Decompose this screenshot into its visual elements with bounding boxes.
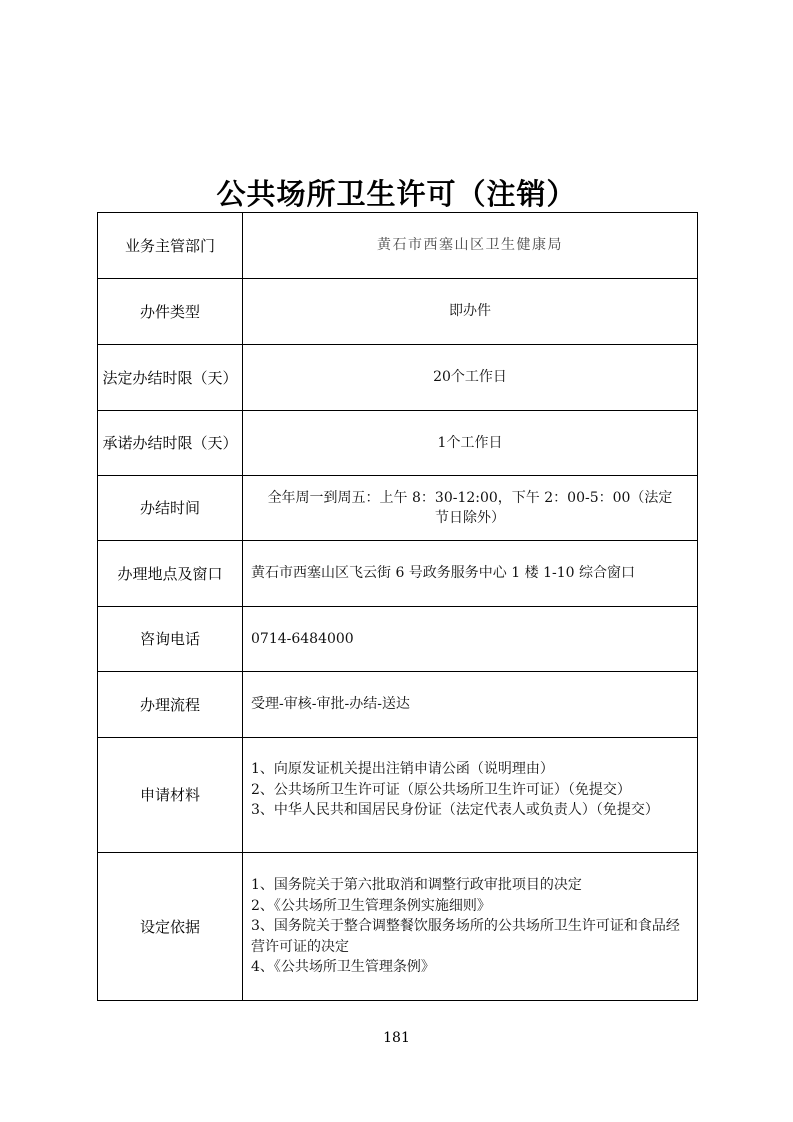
table-row-promised-time-limit: 承诺办结时限（天） 1个工作日 [98,411,698,476]
info-table: 业务主管部门 黄石市西塞山区卫生健康局 办件类型 即办件 法定办结时限（天） 2… [97,212,698,1001]
row-value-department: 黄石市西塞山区卫生健康局 [243,213,698,279]
legal-basis-item: 1、国务院关于第六批取消和调整行政审批项目的决定 [251,875,689,896]
legal-basis-item: 4、《公共场所卫生管理条例》 [251,957,689,978]
material-item: 3、中华人民共和国居民身份证（法定代表人或负责人）（免提交） [251,800,689,821]
row-label: 业务主管部门 [98,213,243,279]
row-value-legal-basis: 1、国务院关于第六批取消和调整行政审批项目的决定 2、《公共场所卫生管理条例实施… [243,853,698,1001]
row-label: 法定办结时限（天） [98,345,243,411]
row-label: 办理地点及窗口 [98,541,243,607]
legal-basis-item: 3、国务院关于整合调整餐饮服务场所的公共场所卫生许可证和食品经营许可证的决定 [251,916,689,957]
material-item: 1、向原发证机关提出注销申请公函（说明理由） [251,759,689,780]
row-label: 承诺办结时限（天） [98,411,243,476]
row-label: 办结时间 [98,476,243,541]
row-label: 办理流程 [98,672,243,738]
row-value-materials: 1、向原发证机关提出注销申请公函（说明理由） 2、公共场所卫生许可证（原公共场所… [243,738,698,853]
table-row-case-type: 办件类型 即办件 [98,279,698,345]
table-row-location: 办理地点及窗口 黄石市西塞山区飞云街 6 号政务服务中心 1 楼 1-10 综合… [98,541,698,607]
row-label: 办件类型 [98,279,243,345]
row-value-legal-time-limit: 20个工作日 [243,345,698,411]
row-label: 申请材料 [98,738,243,853]
office-hours-line: 节日除外） [243,508,697,529]
table-row-office-hours: 办结时间 全年周一到周五：上午 8：30-12:00，下午 2：00-5：00（… [98,476,698,541]
table-row-process: 办理流程 受理-审核-审批-办结-送达 [98,672,698,738]
row-value-location: 黄石市西塞山区飞云街 6 号政务服务中心 1 楼 1-10 综合窗口 [243,541,698,607]
row-value-process: 受理-审核-审批-办结-送达 [243,672,698,738]
row-value-case-type: 即办件 [243,279,698,345]
table-row-phone: 咨询电话 0714-6484000 [98,607,698,672]
row-label: 咨询电话 [98,607,243,672]
row-value-promised-time-limit: 1个工作日 [243,411,698,476]
table-row-materials: 申请材料 1、向原发证机关提出注销申请公函（说明理由） 2、公共场所卫生许可证（… [98,738,698,853]
page-number: 181 [0,1030,793,1046]
table-row-legal-time-limit: 法定办结时限（天） 20个工作日 [98,345,698,411]
office-hours-line: 全年周一到周五：上午 8：30-12:00，下午 2：00-5：00（法定 [243,488,697,509]
legal-basis-item: 2、《公共场所卫生管理条例实施细则》 [251,896,689,917]
table-row-department: 业务主管部门 黄石市西塞山区卫生健康局 [98,213,698,279]
document-title: 公共场所卫生许可（注销） [0,174,793,214]
row-value-phone: 0714-6484000 [243,607,698,672]
row-value-office-hours: 全年周一到周五：上午 8：30-12:00，下午 2：00-5：00（法定 节日… [243,476,698,541]
material-item: 2、公共场所卫生许可证（原公共场所卫生许可证）（免提交） [251,780,689,801]
spacer [251,821,689,831]
row-label: 设定依据 [98,853,243,1001]
table-row-legal-basis: 设定依据 1、国务院关于第六批取消和调整行政审批项目的决定 2、《公共场所卫生管… [98,853,698,1001]
